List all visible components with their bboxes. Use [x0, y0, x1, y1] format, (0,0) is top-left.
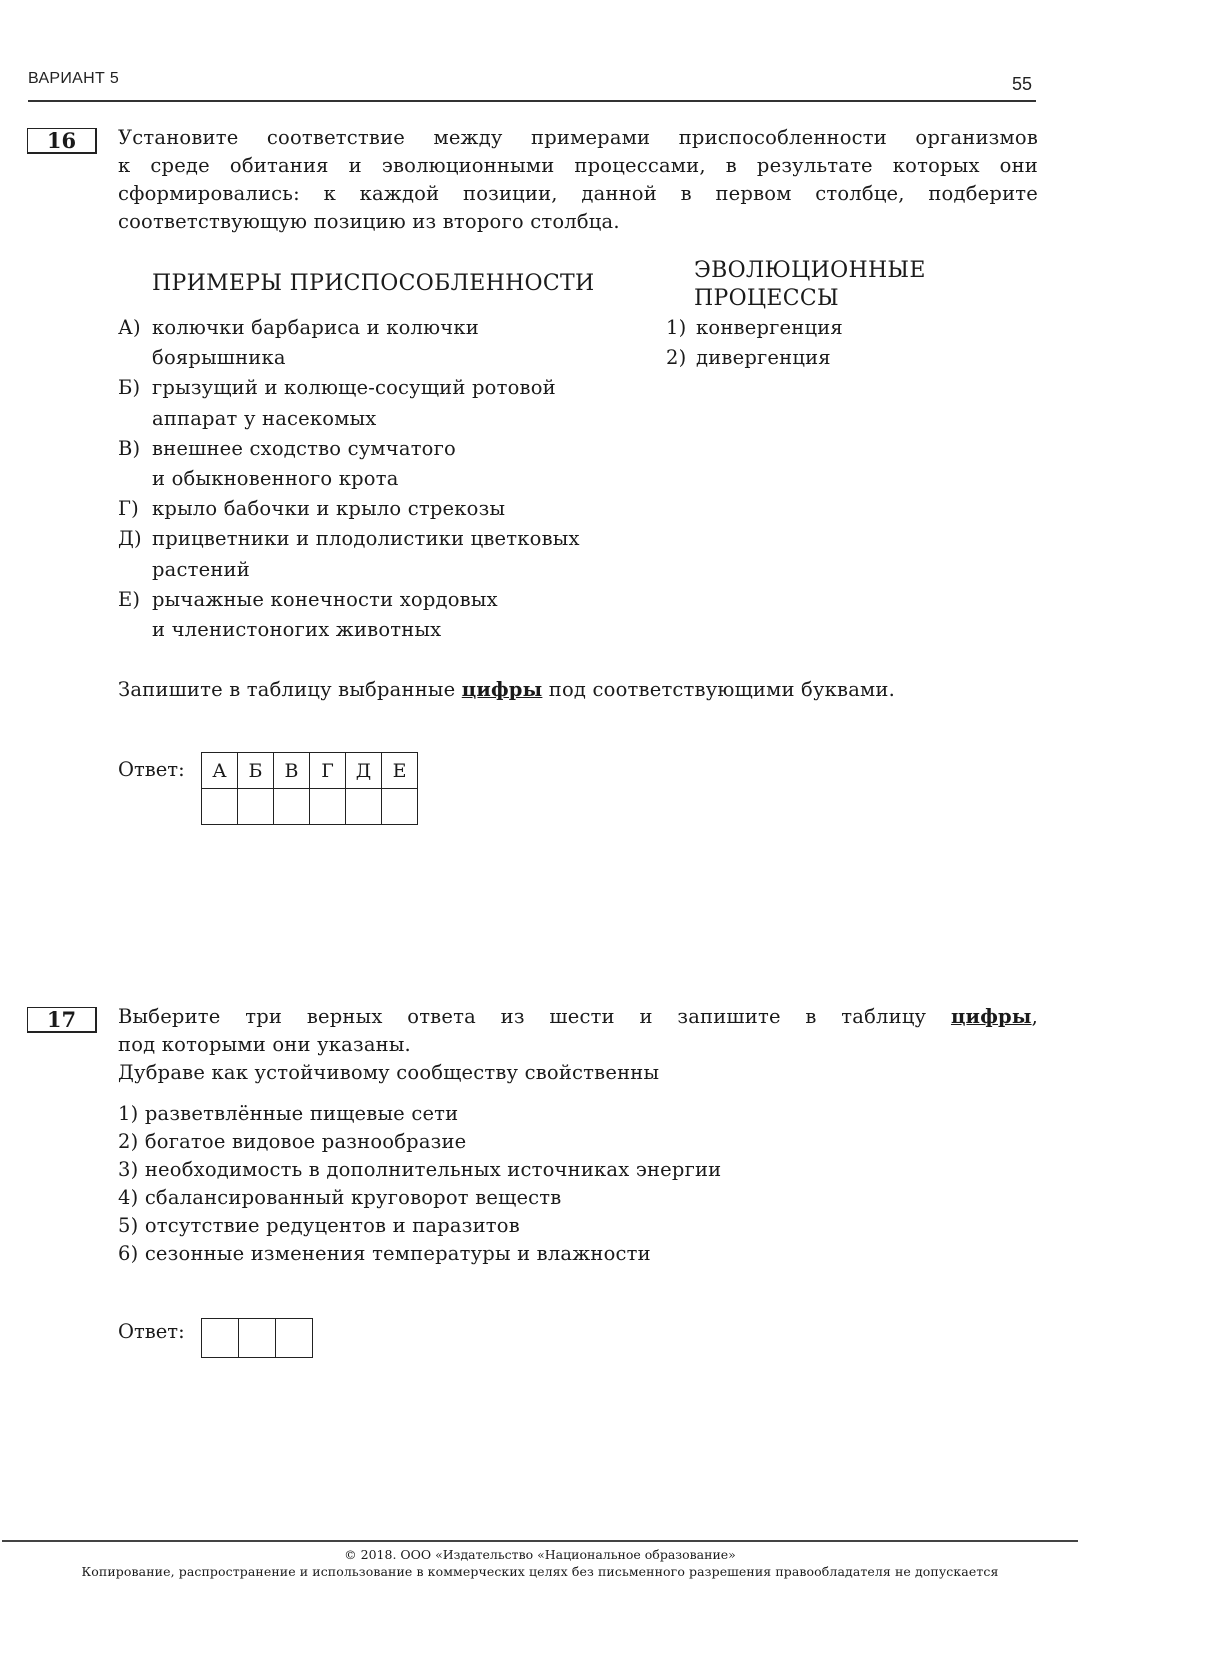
- example-item-b: Б)грызущий и колюще-сосущий ротовой аппа…: [118, 373, 638, 433]
- task-17-answer-label: Ответ:: [118, 1320, 185, 1343]
- task-16-prompt-line: Установите соответствие между примерами …: [118, 124, 1038, 152]
- footer-copyright: © 2018. ООО «Издательство «Национальное …: [0, 1547, 1080, 1562]
- answer-input-cell-d[interactable]: [346, 789, 382, 825]
- task-16-answer-label: Ответ:: [118, 758, 185, 781]
- option-item: 1) разветвлённые пищевые сети: [118, 1100, 1018, 1128]
- example-item-g: Г)крыло бабочки и крыло стрекозы: [118, 494, 638, 524]
- answer-input-cell-g[interactable]: [310, 789, 346, 825]
- example-text: колючки барбариса и колючки: [152, 316, 479, 339]
- example-item-d: Д)прицветники и плодолистики цветковых р…: [118, 524, 638, 584]
- example-text: рычажные конечности хордовых: [152, 588, 498, 611]
- processes-title-line2: ПРОЦЕССЫ: [694, 285, 926, 313]
- task-17-prompt: Выберите три верных ответа из шести и за…: [118, 1003, 1038, 1087]
- example-letter: А): [118, 313, 152, 343]
- page-number: 55: [1012, 74, 1032, 95]
- example-letter: Е): [118, 585, 152, 615]
- example-letter: Г): [118, 494, 152, 524]
- answer-input-cell-v[interactable]: [274, 789, 310, 825]
- task-16-answer-table: А Б В Г Д Е: [201, 752, 418, 825]
- task-17-prompt-line: под которыми они указаны.: [118, 1031, 1038, 1059]
- example-letter: Д): [118, 524, 152, 554]
- process-text: дивергенция: [696, 346, 831, 369]
- footer-notice: Копирование, распространение и использов…: [0, 1564, 1080, 1579]
- process-number: 1): [666, 313, 696, 343]
- answer-header-row: А Б В Г Д Е: [202, 753, 418, 789]
- option-item: 4) сбалансированный круговорот веществ: [118, 1184, 1018, 1212]
- answer-input-cell-3[interactable]: [276, 1319, 313, 1358]
- answer-header-cell: А: [202, 753, 238, 789]
- instruction-text: под соответствующими буквами.: [542, 678, 895, 701]
- instruction-text: Запишите в таблицу выбранные: [118, 678, 462, 701]
- footer-divider: [2, 1540, 1078, 1542]
- answer-input-cell-1[interactable]: [202, 1319, 239, 1358]
- answer-input-row: [202, 789, 418, 825]
- processes-list: 1)конвергенция 2)дивергенция: [666, 313, 1026, 373]
- prompt-emphasis: цифры: [951, 1005, 1032, 1028]
- example-text: внешнее сходство сумчатого: [152, 437, 456, 460]
- prompt-text: ,: [1032, 1005, 1038, 1028]
- example-item-e: Е)рычажные конечности хордовых и членист…: [118, 585, 638, 645]
- example-item-v: В)внешнее сходство сумчатого и обыкновен…: [118, 434, 638, 494]
- examples-list: А)колючки барбариса и колючки боярышника…: [118, 313, 638, 645]
- task-16-prompt-line: сформировались: к каждой позиции, данной…: [118, 180, 1038, 208]
- example-text-cont: аппарат у насекомых: [118, 404, 638, 434]
- examples-column-title: ПРИМЕРЫ ПРИСПОСОБЛЕННОСТИ: [152, 270, 594, 298]
- task-16-number-box: 16: [27, 128, 97, 154]
- process-item-1: 1)конвергенция: [666, 313, 1026, 343]
- example-text-cont: растений: [118, 555, 638, 585]
- task-16-instruction: Запишите в таблицу выбранные цифры под с…: [118, 676, 1018, 704]
- example-text-cont: и обыкновенного крота: [118, 464, 638, 494]
- example-text: грызущий и колюще-сосущий ротовой: [152, 376, 556, 399]
- processes-column-title: ЭВОЛЮЦИОННЫЕ ПРОЦЕССЫ: [694, 257, 926, 313]
- answer-input-cell-2[interactable]: [239, 1319, 276, 1358]
- processes-title-line1: ЭВОЛЮЦИОННЫЕ: [694, 257, 926, 285]
- option-item: 3) необходимость в дополнительных источн…: [118, 1156, 1018, 1184]
- answer-header-cell: В: [274, 753, 310, 789]
- task-17-number-box: 17: [27, 1007, 97, 1033]
- task-17-question: Дубраве как устойчивому сообществу свойс…: [118, 1059, 1038, 1087]
- answer-input-row: [202, 1319, 313, 1358]
- example-text: крыло бабочки и крыло стрекозы: [152, 497, 505, 520]
- prompt-text: Выберите три верных ответа из шести и за…: [118, 1005, 951, 1028]
- process-number: 2): [666, 343, 696, 373]
- example-letter: В): [118, 434, 152, 464]
- answer-header-cell: Б: [238, 753, 274, 789]
- process-item-2: 2)дивергенция: [666, 343, 1026, 373]
- instruction-emphasis: цифры: [462, 678, 543, 701]
- example-text-cont: и членистоногих животных: [118, 615, 638, 645]
- answer-header-cell: Д: [346, 753, 382, 789]
- example-item-a: А)колючки барбариса и колючки боярышника: [118, 313, 638, 373]
- answer-input-cell-a[interactable]: [202, 789, 238, 825]
- header-divider: [28, 100, 1036, 102]
- task-16-prompt-line: соответствующую позицию из второго столб…: [118, 208, 1038, 236]
- option-item: 5) отсутствие редуцентов и паразитов: [118, 1212, 1018, 1240]
- answer-input-cell-e[interactable]: [382, 789, 418, 825]
- example-text: прицветники и плодолистики цветковых: [152, 527, 580, 550]
- example-letter: Б): [118, 373, 152, 403]
- variant-label: ВАРИАНТ 5: [28, 70, 119, 88]
- task-17-options: 1) разветвлённые пищевые сети 2) богатое…: [118, 1100, 1018, 1268]
- task-16-prompt: Установите соответствие между примерами …: [118, 124, 1038, 236]
- answer-input-cell-b[interactable]: [238, 789, 274, 825]
- answer-header-cell: Е: [382, 753, 418, 789]
- option-item: 6) сезонные изменения температуры и влаж…: [118, 1240, 1018, 1268]
- task-16-prompt-line: к среде обитания и эволюционными процесс…: [118, 152, 1038, 180]
- task-17-answer-table: [201, 1318, 313, 1358]
- answer-header-cell: Г: [310, 753, 346, 789]
- example-text-cont: боярышника: [118, 343, 638, 373]
- process-text: конвергенция: [696, 316, 843, 339]
- task-17-prompt-line: Выберите три верных ответа из шести и за…: [118, 1003, 1038, 1031]
- option-item: 2) богатое видовое разнообразие: [118, 1128, 1018, 1156]
